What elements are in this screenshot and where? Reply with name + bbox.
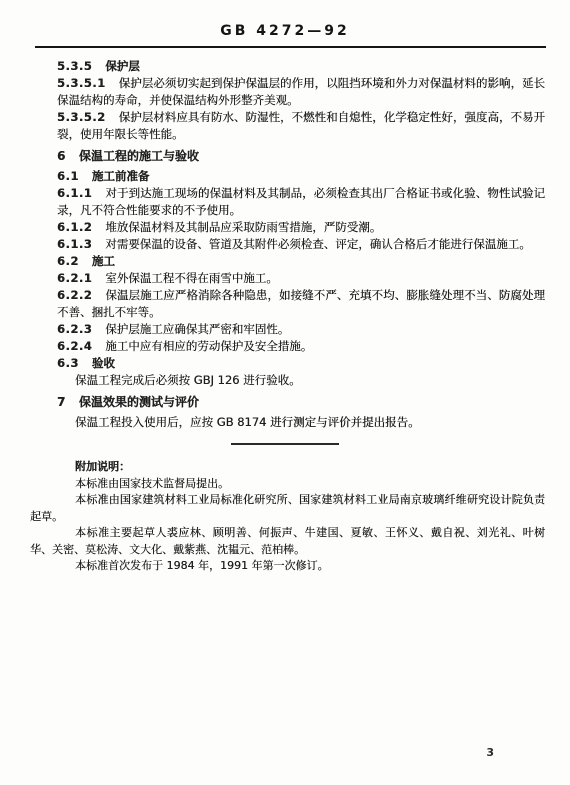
clause-number: 5.3.5 <box>57 59 92 73</box>
clause-6-3-content: 保温工程完成后必须按 GBJ 126 进行验收。 <box>57 372 545 389</box>
clause-text: 保护层材料应具有防水、防湿性，不燃性和自熄性，化学稳定性好，强度高，不易开裂，使… <box>57 110 545 141</box>
clause-number: 5.3.5.2 <box>57 110 106 124</box>
clause-number: 6.2.2 <box>57 288 92 302</box>
clause-text: 室外保温工程不得在雨雪中施工。 <box>105 271 278 285</box>
clause-6-1-1: 6.1.1对于到达施工现场的保温材料及其制品，必须检查其出厂合格证书或化验、物性… <box>57 185 545 219</box>
clause-text: 施工 <box>92 254 115 268</box>
clause-5-3-5: 5.3.5保护层 <box>57 58 545 75</box>
clause-text: 施工中应有相应的劳动保护及安全措施。 <box>105 339 312 353</box>
note-paragraph: 本标准首次发布于 1984 年，1991 年第一次修订。 <box>30 558 545 575</box>
chapter-7-heading: 7保温效果的测试与评价 <box>57 394 545 411</box>
clause-number: 7 <box>57 395 66 409</box>
clause-body: 5.3.5保护层 5.3.5.1保护层必须切实起到保护保温层的作用，以阻挡环境和… <box>57 58 545 431</box>
clause-number: 6 <box>57 149 66 163</box>
clause-text: 保温层施工应严格消除各种隐患，如接缝不严、充填不均、膨胀缝处理不当、防腐处理不善… <box>57 288 545 319</box>
clause-text: 堆放保温材料及其制品应采取防雨雪措施，严防受潮。 <box>105 220 381 234</box>
note-paragraph: 本标准主要起草人裘应林、顾明善、何振声、牛建国、夏敏、王怀义、戴自祝、刘光礼、叶… <box>30 525 545 558</box>
clause-text: 保护层施工应确保其严密和牢固性。 <box>105 322 289 336</box>
clause-text: 施工前准备 <box>92 169 150 183</box>
clause-6-1-2: 6.1.2堆放保温材料及其制品应采取防雨雪措施，严防受潮。 <box>57 219 545 236</box>
scanned-standard-page: GB 4272—92 5.3.5保护层 5.3.5.1保护层必须切实起到保护保温… <box>0 0 570 785</box>
clause-text: 对需要保温的设备、管道及其附件必须检查、评定，确认合格后才能进行保温施工。 <box>105 237 531 251</box>
note-paragraph: 本标准由国家建筑材料工业局标准化研究所、国家建筑材料工业局南京玻璃纤维研究设计院… <box>30 492 545 525</box>
standard-code-header: GB 4272—92 <box>0 0 570 39</box>
clause-text: 对于到达施工现场的保温材料及其制品，必须检查其出厂合格证书或化验、物性试验记录，… <box>57 186 545 217</box>
clause-6-2-1: 6.2.1室外保温工程不得在雨雪中施工。 <box>57 270 545 287</box>
clause-6-2-2: 6.2.2保温层施工应严格消除各种隐患，如接缝不严、充填不均、膨胀缝处理不当、防… <box>57 287 545 321</box>
clause-5-3-5-1: 5.3.5.1保护层必须切实起到保护保温层的作用，以阻挡环境和外力对保温材料的影… <box>57 75 545 109</box>
additional-notes: 附加说明： 本标准由国家技术监督局提出。 本标准由国家建筑材料工业局标准化研究所… <box>30 459 545 575</box>
clause-number: 6.2.3 <box>57 322 92 336</box>
clause-6-3: 6.3验收 <box>57 355 545 372</box>
clause-6-2-3: 6.2.3保护层施工应确保其严密和牢固性。 <box>57 321 545 338</box>
clause-number: 6.2 <box>57 254 79 268</box>
chapter-6-heading: 6保温工程的施工与验收 <box>57 148 545 165</box>
clause-text: 保温工程的施工与验收 <box>79 149 199 163</box>
clause-number: 6.3 <box>57 356 79 370</box>
page-number: 3 <box>486 746 494 759</box>
clause-number: 6.2.1 <box>57 271 92 285</box>
clause-number: 6.1.2 <box>57 220 92 234</box>
clause-text: 验收 <box>92 356 115 370</box>
clause-number: 6.1.1 <box>57 186 92 200</box>
clause-6-2-4: 6.2.4施工中应有相应的劳动保护及安全措施。 <box>57 338 545 355</box>
clause-number: 6.1.3 <box>57 237 92 251</box>
clause-number: 6.1 <box>57 169 79 183</box>
clause-text: 保护层必须切实起到保护保温层的作用，以阻挡环境和外力对保温材料的影响，延长保温结… <box>57 76 545 107</box>
clause-7-content: 保温工程投入使用后，应按 GB 8174 进行测定与评价并提出报告。 <box>57 414 545 431</box>
note-paragraph: 本标准由国家技术监督局提出。 <box>30 476 545 493</box>
header-rule <box>35 46 546 48</box>
clause-text: 保温效果的测试与评价 <box>79 395 199 409</box>
additional-notes-title: 附加说明： <box>30 459 545 476</box>
section-divider-line <box>231 443 339 445</box>
clause-number: 5.3.5.1 <box>57 76 106 90</box>
clause-6-2: 6.2施工 <box>57 253 545 270</box>
clause-number: 6.2.4 <box>57 339 92 353</box>
clause-text: 保护层 <box>105 59 140 73</box>
clause-6-1-3: 6.1.3对需要保温的设备、管道及其附件必须检查、评定，确认合格后才能进行保温施… <box>57 236 545 253</box>
clause-6-1: 6.1施工前准备 <box>57 168 545 185</box>
clause-5-3-5-2: 5.3.5.2保护层材料应具有防水、防湿性，不燃性和自熄性，化学稳定性好，强度高… <box>57 109 545 143</box>
